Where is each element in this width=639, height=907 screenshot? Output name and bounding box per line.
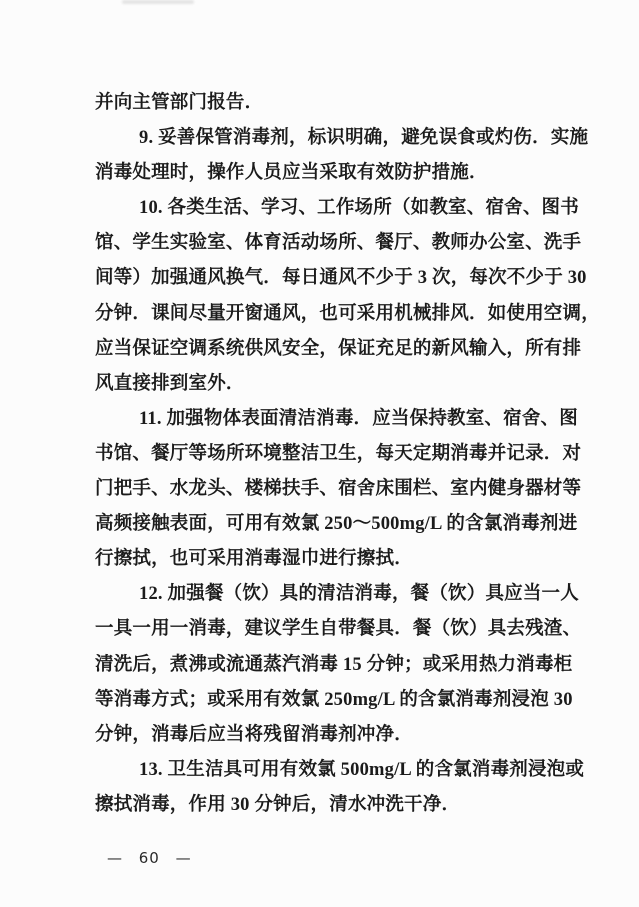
text-line: 清洗后，煮沸或流通蒸汽消毒 15 分钟；或采用热力消毒柜	[95, 648, 545, 683]
document-page: 并向主管部门报告． 9. 妥善保管消毒剂，标识明确，避免误食或灼伤．实施 消毒处…	[0, 0, 639, 907]
text-line: 并向主管部门报告．	[95, 86, 545, 121]
text-line: 分钟．课间尽量开窗通风，也可采用机械排风．如使用空调，	[95, 297, 545, 332]
scan-artifact	[122, 0, 194, 4]
text-line: 馆、学生实验室、体育活动场所、餐厅、教师办公室、洗手	[95, 226, 545, 261]
text-line: 11. 加强物体表面清洁消毒．应当保持教室、宿舍、图	[95, 402, 545, 437]
text-line: 9. 妥善保管消毒剂，标识明确，避免误食或灼伤．实施	[95, 121, 545, 156]
text-line: 等消毒方式；或采用有效氯 250mg/L 的含氯消毒剂浸泡 30	[95, 683, 545, 718]
text-line: 应当保证空调系统供风安全，保证充足的新风输入，所有排	[95, 332, 545, 367]
document-text-block: 并向主管部门报告． 9. 妥善保管消毒剂，标识明确，避免误食或灼伤．实施 消毒处…	[95, 86, 545, 823]
text-line: 高频接触表面，可用有效氯 250～500mg/L 的含氯消毒剂进	[95, 507, 545, 542]
text-line: 一具一用一消毒，建议学生自带餐具．餐（饮）具去残渣、	[95, 612, 545, 647]
text-line: 消毒处理时，操作人员应当采取有效防护措施．	[95, 156, 545, 191]
text-line: 10. 各类生活、学习、工作场所（如教室、宿舍、图书	[95, 191, 545, 226]
text-line: 分钟，消毒后应当将残留消毒剂冲净．	[95, 718, 545, 753]
text-line: 风直接排到室外．	[95, 367, 545, 402]
text-line: 13. 卫生洁具可用有效氯 500mg/L 的含氯消毒剂浸泡或	[95, 753, 545, 788]
text-line: 门把手、水龙头、楼梯扶手、宿舍床围栏、室内健身器材等	[95, 472, 545, 507]
text-line: 书馆、餐厅等场所环境整洁卫生，每天定期消毒并记录．对	[95, 437, 545, 472]
text-line: 擦拭消毒，作用 30 分钟后，清水冲洗干净．	[95, 788, 545, 823]
text-line: 12. 加强餐（饮）具的清洁消毒，餐（饮）具应当一人	[95, 577, 545, 612]
text-line: 行擦拭，也可采用消毒湿巾进行擦拭．	[95, 542, 545, 577]
text-line: 间等）加强通风换气．每日通风不少于 3 次，每次不少于 30	[95, 261, 545, 296]
page-number: — 60 —	[107, 849, 192, 867]
